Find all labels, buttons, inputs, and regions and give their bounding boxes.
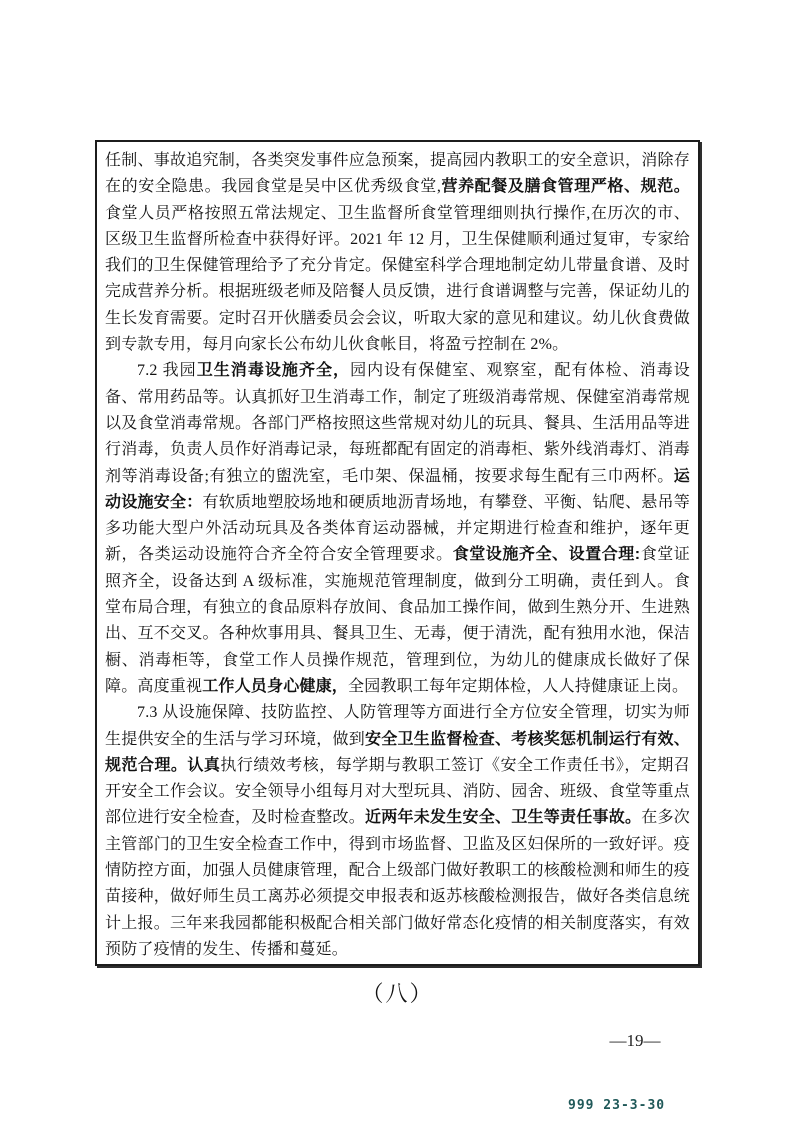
paragraph: 任制、事故追究制，各类突发事件应急预案，提高园内教职工的安全意识，消除存在的安全… — [105, 148, 690, 358]
date-stamp: 999 23-3-30 — [568, 1098, 665, 1113]
text-run: 食堂人员严格按照五常法规定、卫生监督所食堂管理细则执行操作,在历次的市、区级卫生… — [105, 205, 690, 353]
section-marker: （八） — [95, 977, 700, 1008]
bold-text-run: 近两年未发生安全、卫生等责任事故。 — [365, 809, 641, 826]
bold-text-run: 食堂设施齐全、设置合理: — [453, 546, 641, 563]
text-run: 园内设有保健室、观察室，配有体检、消毒设备、常用药品等。认真抓好卫生消毒工作，制… — [105, 362, 690, 484]
page-number: —19— — [593, 1031, 677, 1051]
paragraph: 7.2 我园卫生消毒设施齐全，园内设有保健室、观察室，配有体检、消毒设备、常用药… — [105, 358, 690, 700]
bold-text-run: 卫生消毒设施齐全， — [197, 362, 350, 379]
paragraph: 7.3 从设施保障、技防监控、人防管理等方面进行全方位安全管理，切实为师生提供安… — [105, 700, 690, 963]
bold-text-run: 工作人员身心健康， — [202, 678, 348, 695]
document-page: 任制、事故追究制，各类突发事件应急预案，提高园内教职工的安全意识，消除存在的安全… — [0, 0, 793, 1122]
bold-text-run: 营养配餐及膳食管理严格、规范。 — [441, 178, 690, 195]
text-run: 食堂证照齐全，设备达到 A 级标准，实施规范管理制度，做到分工明确，责任到人。食… — [105, 546, 690, 694]
text-run: 7.2 我园 — [137, 362, 197, 379]
text-run: 全园教职工每年定期体检，人人持健康证上岗。 — [348, 678, 688, 695]
document-body: 任制、事故追究制，各类突发事件应急预案，提高园内教职工的安全意识，消除存在的安全… — [105, 148, 690, 963]
text-run: 在多次主管部门的卫生安全检查工作中，得到市场监督、卫监及区妇保所的一致好评。疫情… — [105, 809, 690, 957]
document-frame: 任制、事故追究制，各类突发事件应急预案，提高园内教职工的安全意识，消除存在的安全… — [95, 140, 700, 966]
